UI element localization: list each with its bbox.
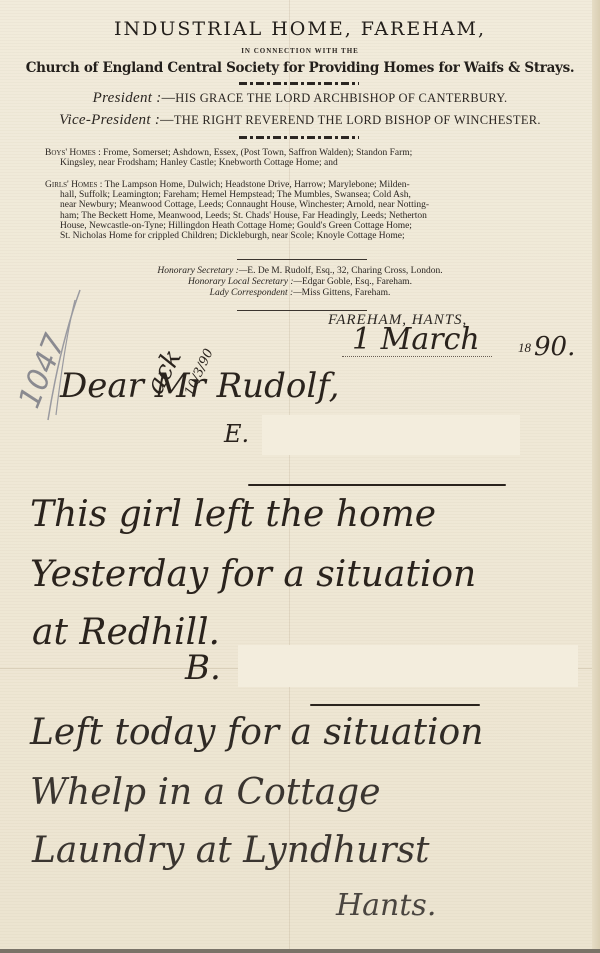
boys-homes-label: Boys' Homes : [45, 148, 101, 158]
redacted-name [238, 645, 578, 687]
letterhead-title: INDUSTRIAL HOME, FAREHAM, [0, 18, 600, 40]
paragraph1-line3: at Redhill. [32, 612, 220, 653]
girls-homes-list: Girls' Homes : The Lampson Home, Dulwich… [45, 180, 557, 241]
date-underline [342, 356, 492, 357]
vice-president-value: THE RIGHT REVEREND THE LORD BISHOP OF WI… [174, 113, 541, 127]
boys-homes-list: Boys' Homes : Frome, Somerset; Ashdown, … [45, 148, 557, 168]
lady-correspondent-value: Miss Gittens, Fareham. [302, 288, 391, 298]
ornamental-rule [239, 82, 359, 85]
salutation: Dear Mr Rudolf, [60, 366, 339, 406]
girls-homes-text: St. Nicholas Home for crippled Children;… [45, 231, 557, 241]
paper-edge [592, 0, 600, 953]
lady-correspondent-label: Lady Correspondent :— [210, 288, 302, 298]
hon-secretary-value: E. De M. Rudolf, Esq., 32, Charing Cross… [247, 266, 442, 276]
girls-homes-text: hall, Suffolk; Leamington; Fareham; Heme… [45, 190, 557, 200]
paragraph2-line4: Hants. [336, 888, 436, 923]
paragraph2-line2: Whelp in a Cottage [30, 772, 381, 813]
divider-rule [237, 310, 367, 311]
letterhead-society: Church of England Central Society for Pr… [0, 60, 600, 76]
boys-homes-text: Frome, Somerset; Ashdown, Essex, (Post T… [101, 148, 413, 158]
girls-homes-text: The Lampson Home, Dulwich; Headstone Dri… [102, 180, 409, 190]
initial-e: E. [224, 420, 249, 448]
paragraph1-line2: Yesterday for a situation [30, 554, 476, 595]
paragraph2-line3: Laundry at Lyndhurst [32, 830, 430, 871]
divider-rule [237, 259, 367, 260]
president-label: President :— [93, 90, 176, 106]
president-line: President :—HIS GRACE THE LORD ARCHBISHO… [0, 90, 600, 107]
paragraph2-line1: Left today for a situation [30, 712, 483, 753]
vice-president-label: Vice-President :— [59, 112, 174, 128]
ornamental-rule [239, 136, 359, 139]
vice-president-line: Vice-President :—THE RIGHT REVEREND THE … [0, 112, 600, 129]
name-underline [310, 704, 480, 706]
letterhead-connection: IN CONNECTION WITH THE [0, 47, 600, 55]
girls-homes-text: near Newbury; Meanwood Cottage, Leeds; C… [45, 200, 557, 210]
hon-secretary-label: Honorary Secretary :— [157, 266, 247, 276]
boys-homes-text: Kingsley, near Frodsham; Hanley Castle; … [45, 158, 557, 168]
date-year-prefix: 18 [518, 340, 531, 356]
date-year-suffix: 90. [534, 332, 575, 362]
letter-page: INDUSTRIAL HOME, FAREHAM, IN CONNECTION … [0, 0, 600, 953]
date-day-month: 1 March [352, 322, 480, 357]
initial-b: B. [185, 648, 221, 688]
redacted-name [262, 415, 520, 455]
girls-homes-label: Girls' Homes : [45, 180, 102, 190]
officials-block: Honorary Secretary :—E. De M. Rudolf, Es… [0, 266, 600, 299]
paper-bottom-edge [0, 949, 600, 953]
president-value: HIS GRACE THE LORD ARCHBISHOP OF CANTERB… [175, 91, 507, 105]
girls-homes-text: House, Newcastle-on-Tyne; Hillingdon Hea… [45, 221, 557, 231]
girls-homes-text: ham; The Beckett Home, Meanwood, Leeds; … [45, 211, 557, 221]
hon-local-secretary-value: Edgar Goble, Esq., Fareham. [302, 277, 412, 287]
paragraph1-line1: This girl left the home [30, 494, 436, 535]
hon-local-secretary-label: Honorary Local Secretary :— [188, 277, 302, 287]
name-underline [248, 484, 506, 486]
